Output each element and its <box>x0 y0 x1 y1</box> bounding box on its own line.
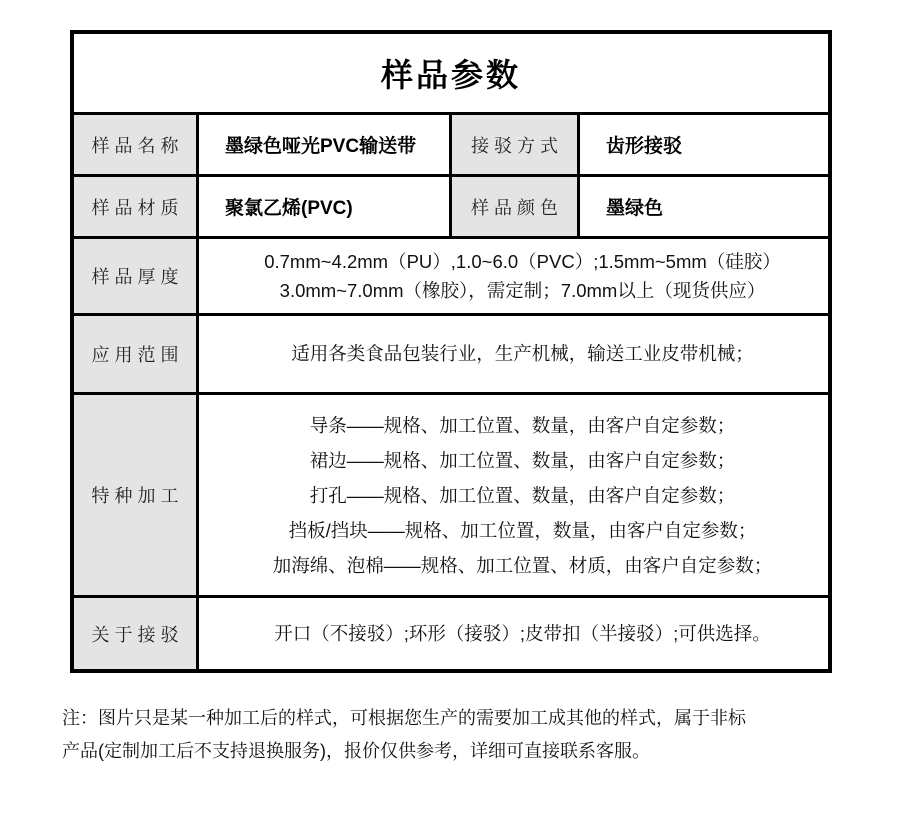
table-row-about-connection: 关于接驳 开口（不接驳）;环形（接驳）;皮带扣（半接驳）;可供选择。 <box>74 595 828 669</box>
table-row-special-processing: 特种加工 导条——规格、加工位置、数量，由客户自定参数； 裙边——规格、加工位置… <box>74 392 828 595</box>
spec-table: 样品参数 样品名称 墨绿色哑光PVC输送带 接驳方式 齿形接驳 样品材质 聚氯乙… <box>70 30 832 673</box>
footnote-line: 注：图片只是某一种加工后的样式，可根据您生产的需要加工成其他的样式，属于非标 <box>62 702 862 735</box>
value-sample-name: 墨绿色哑光PVC输送带 <box>196 115 449 174</box>
special-processing-line: 裙边——规格、加工位置、数量，由客户自定参数； <box>310 443 736 478</box>
special-processing-line: 导条——规格、加工位置、数量，由客户自定参数； <box>310 408 736 443</box>
value-sample-thickness: 0.7mm~4.2mm（PU）,1.0~6.0（PVC）;1.5mm~5mm（硅… <box>196 239 828 313</box>
thickness-line: 3.0mm~7.0mm（橡胶），需定制；7.0mm以上（现货供应） <box>280 276 766 305</box>
label-application-scope: 应用范围 <box>74 316 196 392</box>
label-about-connection: 关于接驳 <box>74 598 196 669</box>
thickness-line: 0.7mm~4.2mm（PU）,1.0~6.0（PVC）;1.5mm~5mm（硅… <box>264 247 781 276</box>
value-sample-color: 墨绿色 <box>577 177 828 236</box>
table-row-name-connection: 样品名称 墨绿色哑光PVC输送带 接驳方式 齿形接驳 <box>74 112 828 174</box>
special-processing-line: 打孔——规格、加工位置、数量，由客户自定参数； <box>310 478 736 513</box>
label-sample-color: 样品颜色 <box>449 177 577 236</box>
label-sample-material: 样品材质 <box>74 177 196 236</box>
value-sample-material: 聚氯乙烯(PVC) <box>196 177 449 236</box>
value-application-scope: 适用各类食品包装行业，生产机械，输送工业皮带机械； <box>196 316 828 392</box>
value-about-connection: 开口（不接驳）;环形（接驳）;皮带扣（半接驳）;可供选择。 <box>196 598 828 669</box>
special-processing-line: 挡板/挡块——规格、加工位置，数量，由客户自定参数； <box>289 513 757 548</box>
footnote-line: 产品(定制加工后不支持退换服务)，报价仅供参考，详细可直接联系客服。 <box>62 735 862 768</box>
label-sample-thickness: 样品厚度 <box>74 239 196 313</box>
value-special-processing: 导条——规格、加工位置、数量，由客户自定参数； 裙边——规格、加工位置、数量，由… <box>196 395 828 595</box>
page-title: 样品参数 <box>381 50 521 96</box>
label-special-processing: 特种加工 <box>74 395 196 595</box>
application-line: 适用各类食品包装行业，生产机械，输送工业皮带机械； <box>291 339 754 369</box>
table-title-row: 样品参数 <box>74 34 828 112</box>
table-row-material-color: 样品材质 聚氯乙烯(PVC) 样品颜色 墨绿色 <box>74 174 828 236</box>
table-row-application: 应用范围 适用各类食品包装行业，生产机械，输送工业皮带机械； <box>74 313 828 392</box>
table-row-thickness: 样品厚度 0.7mm~4.2mm（PU）,1.0~6.0（PVC）;1.5mm~… <box>74 236 828 313</box>
label-connection-method: 接驳方式 <box>449 115 577 174</box>
about-connection-line: 开口（不接驳）;环形（接驳）;皮带扣（半接驳）;可供选择。 <box>274 619 770 649</box>
spec-sheet: 样品参数 样品名称 墨绿色哑光PVC输送带 接驳方式 齿形接驳 样品材质 聚氯乙… <box>0 0 900 815</box>
footnote: 注：图片只是某一种加工后的样式，可根据您生产的需要加工成其他的样式，属于非标 产… <box>62 702 862 768</box>
special-processing-line: 加海绵、泡棉——规格、加工位置、材质，由客户自定参数； <box>273 548 773 583</box>
label-sample-name: 样品名称 <box>74 115 196 174</box>
value-connection-method: 齿形接驳 <box>577 115 828 174</box>
